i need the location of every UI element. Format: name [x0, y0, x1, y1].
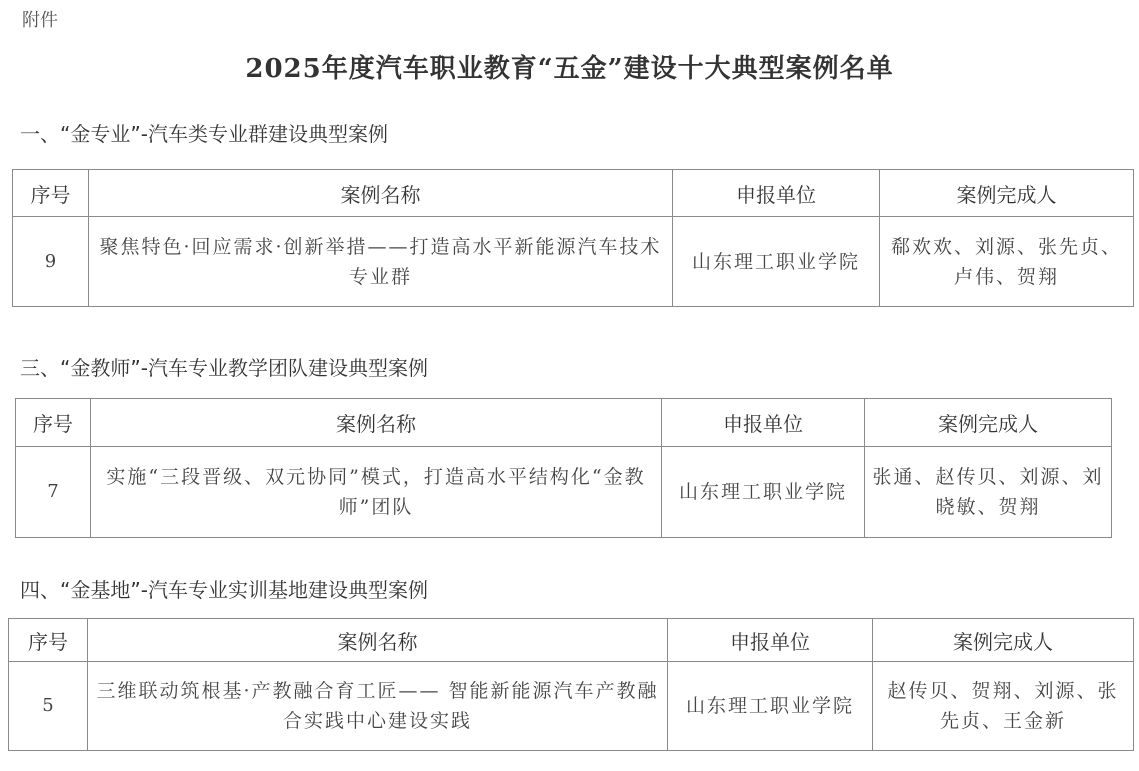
- section-heading-gold-base: 四、“金基地”-汽车专业实训基地建设典型案例: [20, 574, 428, 603]
- table-row: 9 聚焦特色·回应需求·创新举措——打造高水平新能源汽车技术专业群 山东理工职业…: [13, 217, 1134, 307]
- table-row: 7 实施“三段晋级、双元协同”模式，打造高水平结构化“金教师”团队 山东理工职业…: [16, 447, 1112, 538]
- case-number: 5: [9, 662, 88, 751]
- section-heading-gold-teacher: 三、“金教师”-汽车专业教学团队建设典型案例: [20, 352, 428, 381]
- attachment-label: 附件: [22, 6, 58, 32]
- case-name: 聚焦特色·回应需求·创新举措——打造高水平新能源汽车技术专业群: [89, 217, 673, 307]
- column-header-name: 案例名称: [88, 619, 668, 662]
- case-unit: 山东理工职业学院: [668, 662, 873, 751]
- column-header-unit: 申报单位: [668, 619, 873, 662]
- column-header-unit: 申报单位: [662, 399, 865, 447]
- case-number: 7: [16, 447, 91, 538]
- column-header-no: 序号: [9, 619, 88, 662]
- table-header-row: 序号 案例名称 申报单位 案例完成人: [9, 619, 1134, 662]
- table-header-row: 序号 案例名称 申报单位 案例完成人: [16, 399, 1112, 447]
- case-table-gold-teacher: 序号 案例名称 申报单位 案例完成人 7 实施“三段晋级、双元协同”模式，打造高…: [15, 398, 1112, 538]
- column-header-name: 案例名称: [91, 399, 662, 447]
- column-header-people: 案例完成人: [880, 170, 1134, 217]
- case-number: 9: [13, 217, 89, 307]
- case-table-gold-base: 序号 案例名称 申报单位 案例完成人 5 三维联动筑根基·产教融合育工匠—— 智…: [8, 618, 1134, 751]
- case-people: 郗欢欢、刘源、张先贞、卢伟、贺翔: [880, 217, 1134, 307]
- case-table-gold-major: 序号 案例名称 申报单位 案例完成人 9 聚焦特色·回应需求·创新举措——打造高…: [12, 169, 1134, 307]
- column-header-no: 序号: [13, 170, 89, 217]
- table-header-row: 序号 案例名称 申报单位 案例完成人: [13, 170, 1134, 217]
- column-header-people: 案例完成人: [865, 399, 1112, 447]
- column-header-people: 案例完成人: [873, 619, 1134, 662]
- case-name: 三维联动筑根基·产教融合育工匠—— 智能新能源汽车产教融合实践中心建设实践: [88, 662, 668, 751]
- document-title: 2025年度汽车职业教育“五金”建设十大典型案例名单: [0, 48, 1139, 85]
- case-people: 赵传贝、贺翔、刘源、张先贞、王金新: [873, 662, 1134, 751]
- table-row: 5 三维联动筑根基·产教融合育工匠—— 智能新能源汽车产教融合实践中心建设实践 …: [9, 662, 1134, 751]
- case-name: 实施“三段晋级、双元协同”模式，打造高水平结构化“金教师”团队: [91, 447, 662, 538]
- case-unit: 山东理工职业学院: [662, 447, 865, 538]
- column-header-no: 序号: [16, 399, 91, 447]
- column-header-unit: 申报单位: [673, 170, 880, 217]
- case-people: 张通、赵传贝、刘源、刘晓敏、贺翔: [865, 447, 1112, 538]
- section-heading-gold-major: 一、“金专业”-汽车类专业群建设典型案例: [20, 118, 388, 147]
- case-unit: 山东理工职业学院: [673, 217, 880, 307]
- column-header-name: 案例名称: [89, 170, 673, 217]
